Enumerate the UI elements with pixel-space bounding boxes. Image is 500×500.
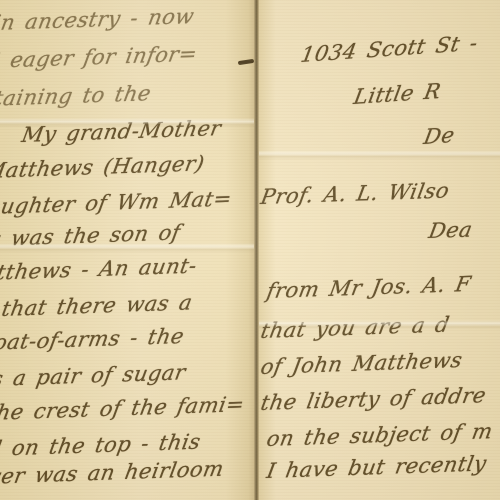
right-page: 1034 Scott St - Little R De Prof. A. L. …	[259, 0, 500, 500]
handwritten-line-address: 1034 Scott St -	[299, 30, 480, 68]
handwritten-line: the crest of the fami=	[0, 391, 247, 426]
handwritten-line: atthews - An aunt-	[0, 253, 199, 286]
handwritten-line: that you are a d	[259, 311, 452, 344]
handwritten-line-address: Little R	[352, 78, 443, 110]
letter-scan: in ancestry - now li eager for infor= rt…	[0, 0, 500, 500]
handwritten-line: in ancestry - now	[0, 3, 196, 36]
fold-crease	[259, 150, 500, 160]
handwritten-line-salutation: Dea	[427, 217, 475, 244]
handwritten-line: rtaining to the	[0, 80, 153, 112]
handwritten-line: I have but recently	[265, 450, 489, 484]
handwritten-line: on the subject of m	[265, 418, 495, 452]
handwritten-line-address: De	[422, 122, 457, 150]
handwritten-line: My grand-Mother	[20, 115, 224, 148]
handwritten-line: s was the son of	[0, 219, 183, 252]
handwritten-line: that there was a	[0, 289, 195, 322]
handwritten-line: of John Matthews	[259, 347, 465, 380]
handwritten-line: lver was an heirloom	[0, 456, 226, 490]
handwritten-line: Matthews (Hanger)	[0, 150, 207, 184]
handwritten-line: the liberty of addre	[259, 382, 488, 416]
handwritten-line: aughter of Wm Mat=	[0, 186, 234, 220]
handwritten-line-salutation: Prof. A. L. Wilso	[259, 177, 451, 210]
handwritten-line: from Mr Jos. A. F	[265, 271, 473, 304]
page-fold-seam	[254, 0, 259, 500]
handwritten-line: li eager for infor=	[0, 41, 199, 74]
handwritten-line: coat-of-arms - the	[0, 323, 186, 356]
left-page: in ancestry - now li eager for infor= rt…	[0, 0, 256, 500]
handwritten-line: s a pair of sugar	[0, 359, 188, 392]
